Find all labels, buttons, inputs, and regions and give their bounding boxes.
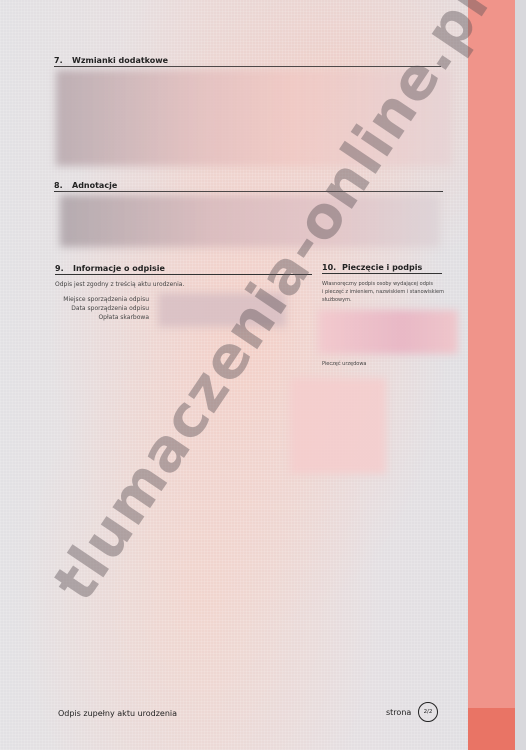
field-label-fee: Opłata skarbowa: [39, 314, 149, 321]
section-7-number: 7.: [54, 56, 72, 65]
side-security-band: [468, 0, 515, 750]
section-7-title: Wzmianki dodatkowe: [72, 56, 168, 65]
official-stamp-label: Pieczęć urzędowa: [322, 360, 366, 368]
page-number: 2/2: [424, 709, 433, 715]
copy-conformity-statement: Odpis jest zgodny z treścią aktu urodzen…: [55, 281, 184, 289]
section-9-number: 9.: [55, 264, 73, 273]
page-number-badge: 2/2: [418, 702, 438, 722]
official-stamp-redacted: [290, 378, 386, 474]
field-label-date: Data sporządzenia odpisu: [39, 305, 149, 312]
section-10-heading: 10.Pieczęcie i podpis: [322, 263, 442, 274]
section-8-number: 8.: [54, 181, 72, 190]
footer-document-title: Odpis zupełny aktu urodzenia: [58, 709, 177, 718]
signature-instruction-line-3: służbowym.: [322, 296, 352, 304]
section-9-title: Informacje o odpisie: [73, 264, 165, 273]
section-8-redacted-content: [60, 195, 440, 247]
signature-redacted: [318, 310, 458, 354]
section-8-title: Adnotacje: [72, 181, 117, 190]
signature-instruction-line-1: Własnoręczny podpis osoby wydającej odpi…: [322, 280, 433, 288]
side-band-bottom-block: [468, 708, 515, 750]
section-10-title: Pieczęcie i podpis: [342, 263, 422, 272]
field-label-place: Miejsce sporządzenia odpisu: [39, 296, 149, 303]
footer-page-label: strona: [386, 708, 411, 717]
page-edge: [515, 0, 526, 750]
signature-instruction-line-2: i pieczęć z imieniem, nazwiskiem i stano…: [322, 288, 444, 296]
